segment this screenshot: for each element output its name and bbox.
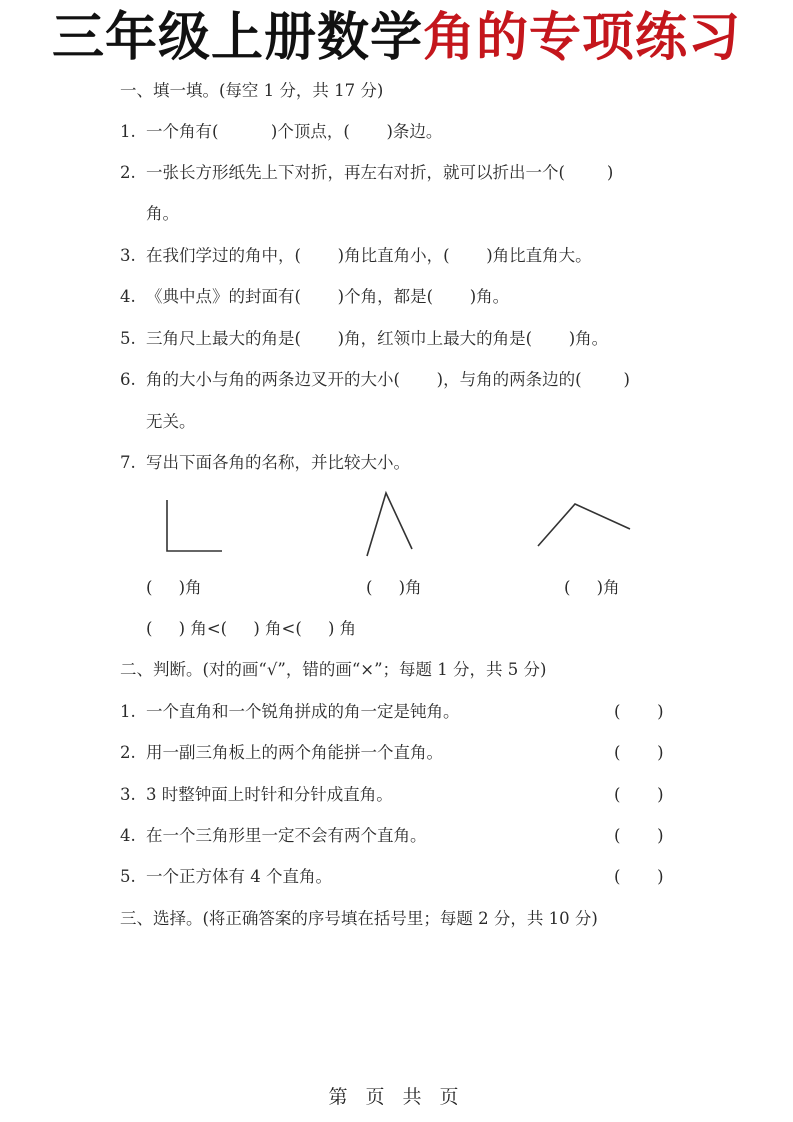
section3-heading: 三、选择。(将正确答案的序号填在括号里；每题 2 分，共 10 分) [120, 908, 598, 930]
judge-answer-4[interactable]: ( ) [614, 825, 664, 847]
item-number: 1. [120, 701, 146, 723]
item-number: 3. [120, 784, 146, 806]
angle-figures [0, 0, 793, 1122]
judge-answer-2[interactable]: ( ) [614, 742, 664, 764]
item-text: 用一副三角板上的两个角能拼一个直角。 [146, 743, 443, 762]
right-angle-figure [167, 500, 222, 551]
judge-item-1: 1.一个直角和一个锐角拼成的角一定是钝角。 [120, 701, 460, 723]
judge-answer-5[interactable]: ( ) [614, 866, 664, 888]
judge-item-5: 5.一个正方体有 4 个直角。 [120, 866, 332, 888]
page-footer: 第 页 共 页 [0, 1082, 793, 1109]
item-text: 一个正方体有 4 个直角。 [146, 867, 332, 886]
item-text: 3 时整钟面上时针和分针成直角。 [146, 785, 393, 804]
judge-item-4: 4.在一个三角形里一定不会有两个直角。 [120, 825, 427, 847]
angle-label-3: ( )角 [564, 577, 620, 599]
item-text: 在一个三角形里一定不会有两个直角。 [146, 826, 427, 845]
judge-item-3: 3.3 时整钟面上时针和分针成直角。 [120, 784, 393, 806]
judge-item-2: 2.用一副三角板上的两个角能拼一个直角。 [120, 742, 443, 764]
item-number: 4. [120, 825, 146, 847]
acute-angle-figure [367, 493, 412, 556]
judge-answer-1[interactable]: ( ) [614, 701, 664, 723]
item-number: 5. [120, 866, 146, 888]
judge-answer-3[interactable]: ( ) [614, 784, 664, 806]
obtuse-angle-figure [538, 504, 630, 546]
item-text: 一个直角和一个锐角拼成的角一定是钝角。 [146, 702, 460, 721]
item-number: 2. [120, 742, 146, 764]
angle-label-2: ( )角 [366, 577, 422, 599]
section2-heading: 二、判断。(对的画“√”，错的画“×”；每题 1 分，共 5 分) [120, 659, 546, 681]
angle-label-1: ( )角 [146, 577, 202, 599]
angle-comparison: ( ) 角<( ) 角<( ) 角 [146, 618, 356, 640]
